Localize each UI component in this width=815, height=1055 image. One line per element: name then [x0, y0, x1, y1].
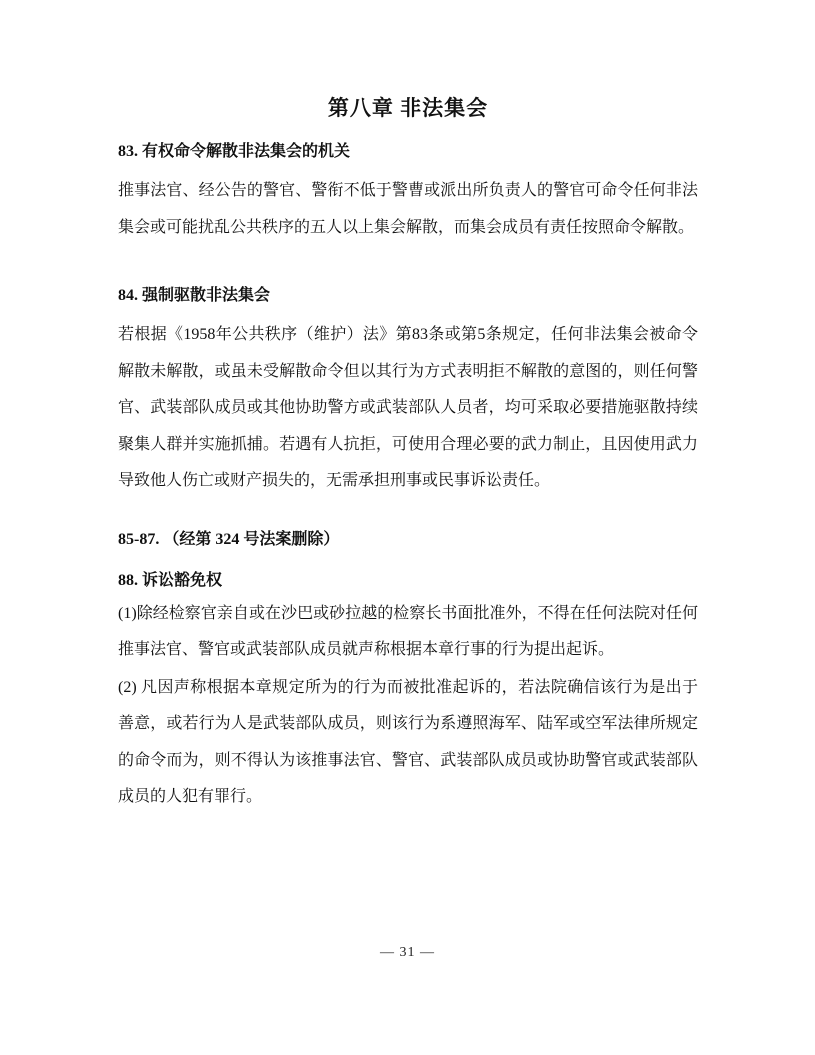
- section-84-heading: 84. 强制驱散非法集会: [118, 285, 698, 307]
- section-85-87: 85-87. （经第 324 号法案删除）: [118, 529, 698, 551]
- section-84-paragraph: 若根据《1958年公共秩序（维护）法》第83条或第5条规定，任何非法集会被命令解…: [118, 317, 698, 500]
- section-85-87-heading: 85-87. （经第 324 号法案删除）: [118, 529, 698, 551]
- document-page: 第八章 非法集会 83. 有权命令解散非法集会的机关 推事法官、经公告的警官、警…: [0, 0, 815, 1055]
- section-88-heading: 88. 诉讼豁免权: [118, 570, 698, 592]
- page-number: — 31 —: [0, 944, 815, 962]
- section-84: 84. 强制驱散非法集会 若根据《1958年公共秩序（维护）法》第83条或第5条…: [118, 285, 698, 500]
- section-88-paragraph-2: (2) 凡因声称根据本章规定所为的行为而被批准起诉的，若法院确信该行为是出于善意…: [118, 670, 698, 816]
- section-83: 83. 有权命令解散非法集会的机关 推事法官、经公告的警官、警衔不低于警曹或派出…: [118, 141, 698, 246]
- section-88: 88. 诉讼豁免权 (1)除经检察官亲自或在沙巴或砂拉越的检察长书面批准外，不得…: [118, 570, 698, 816]
- section-88-paragraph-1: (1)除经检察官亲自或在沙巴或砂拉越的检察长书面批准外，不得在任何法院对任何推事…: [118, 596, 698, 669]
- section-83-paragraph: 推事法官、经公告的警官、警衔不低于警曹或派出所负责人的警官可命令任何非法集会或可…: [118, 173, 698, 246]
- chapter-title: 第八章 非法集会: [118, 94, 698, 122]
- document-content: 第八章 非法集会 83. 有权命令解散非法集会的机关 推事法官、经公告的警官、警…: [118, 94, 698, 817]
- section-83-heading: 83. 有权命令解散非法集会的机关: [118, 141, 698, 163]
